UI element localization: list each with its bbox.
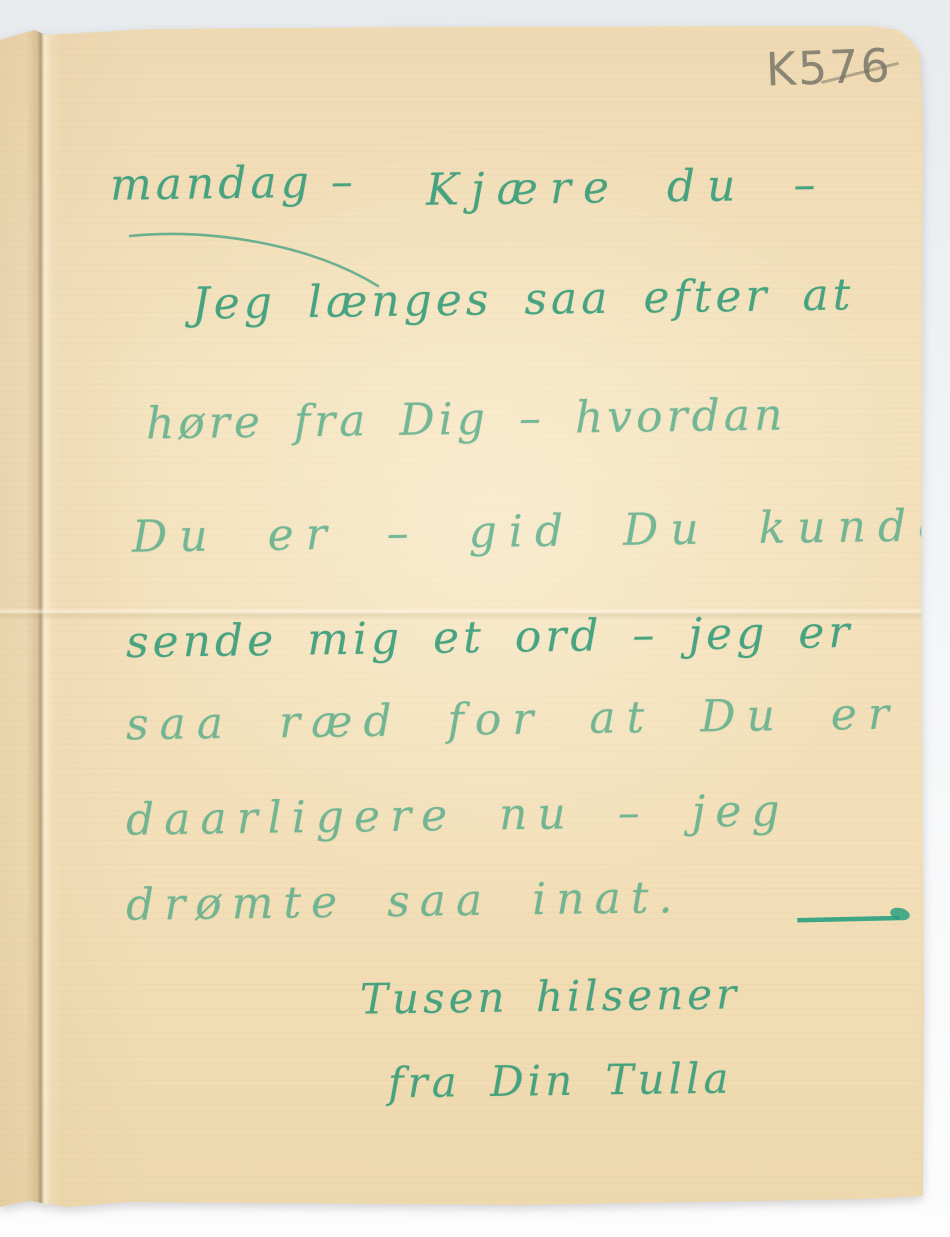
signature-line: fra Din Tulla [388, 1058, 733, 1105]
signature-line: Tusen hilsener [360, 973, 741, 1020]
handwriting-line: Jeg længes saa efter at [192, 273, 855, 326]
letter-page: K576 mandag – Kjære du – Jeg længes saa … [0, 0, 950, 1237]
scanner-bed: { "catalog": { "number": "K576", "pencil… [0, 0, 950, 1237]
handwriting-line: saa ræd for at Du er [126, 693, 900, 748]
catalog-number: K576 [765, 37, 917, 112]
closing-dash-stroke: — [790, 878, 906, 950]
handwriting-line: sende mig et ord – jeg er [126, 611, 854, 665]
handwriting-line: Kjære du – [426, 163, 828, 213]
letter-sheet-wrapper: K576 mandag – Kjære du – Jeg længes saa … [0, 0, 950, 1237]
handwriting-line: Du er – gid Du kunde [132, 504, 950, 560]
handwriting-line: drømte saa inat. [126, 876, 683, 928]
handwriting-line: daarligere nu – jeg [126, 789, 790, 842]
handwriting-line: høre fra Dig – hvordan [146, 394, 787, 447]
handwriting-line: mandag – [110, 160, 357, 207]
